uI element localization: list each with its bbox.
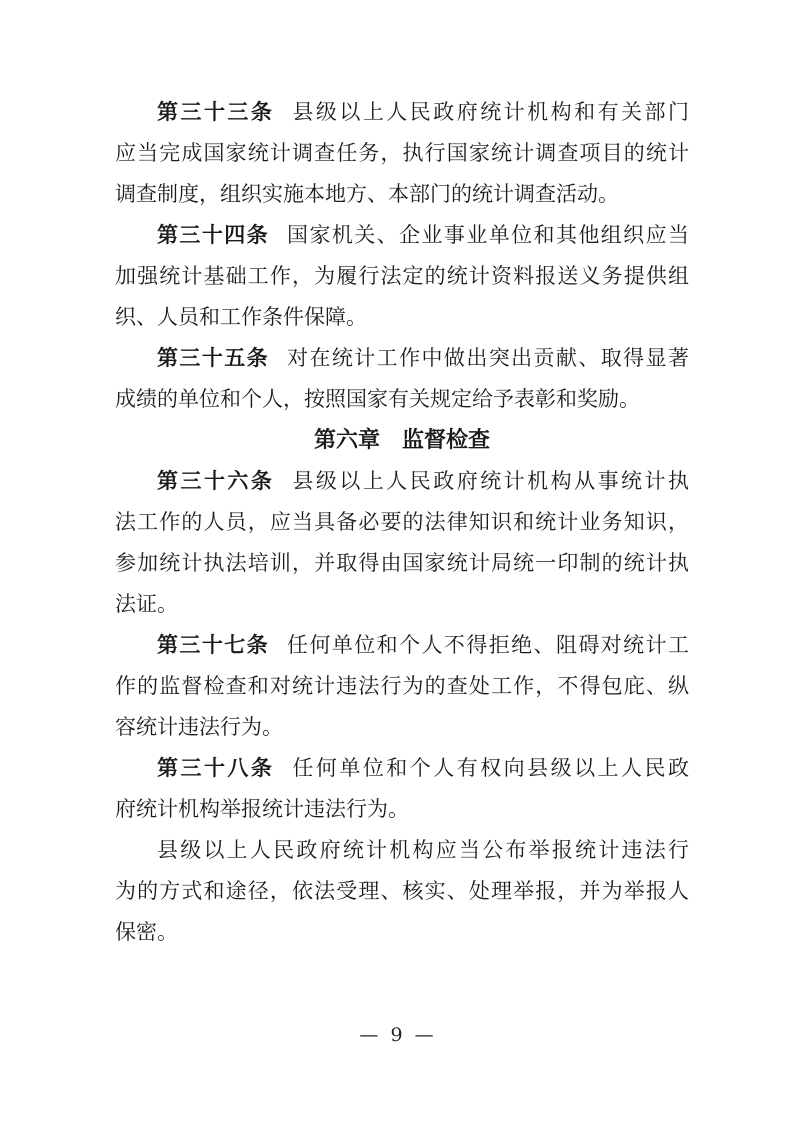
article-35-paragraph: 第三十五条对在统计工作中做出突出贡献、取得显著 成绩的单位和个人，按照国家有关规… xyxy=(115,338,689,420)
page-number: — 9 — xyxy=(0,1024,793,1046)
document-text-block: 第三十三条县级以上人民政府统计机构和有关部门 应当完成国家统计调查任务，执行国家… xyxy=(115,92,689,953)
text-line: 法工作的人员，应当具备必要的法律知识和统计业务知识， xyxy=(115,502,689,543)
text-line: 加强统计基础工作，为履行法定的统计资料报送义务提供组 xyxy=(115,256,689,297)
article-33-text: 县级以上人民政府统计机构和有关部门 xyxy=(292,100,689,124)
text-line: 第三十五条对在统计工作中做出突出贡献、取得显著 xyxy=(115,338,689,379)
text-line: 第三十六条县级以上人民政府统计机构从事统计执 xyxy=(115,461,689,502)
article-36-number: 第三十六条 xyxy=(157,469,274,493)
text-line: 为的方式和途径，依法受理、核实、处理举报，并为举报人 xyxy=(115,871,689,912)
chapter-heading: 第六章 监督检查 xyxy=(115,420,689,461)
text-line: 调查制度，组织实施本地方、本部门的统计调查活动。 xyxy=(115,174,689,215)
article-34-text: 国家机关、企业事业单位和其他组织应当 xyxy=(287,223,689,247)
text-line: 容统计违法行为。 xyxy=(115,707,689,748)
article-38-text: 任何单位和个人有权向县级以上人民政 xyxy=(292,756,689,780)
article-33-paragraph: 第三十三条县级以上人民政府统计机构和有关部门 应当完成国家统计调查任务，执行国家… xyxy=(115,92,689,215)
article-38-paragraph: 第三十八条任何单位和个人有权向县级以上人民政 府统计机构举报统计违法行为。 xyxy=(115,748,689,830)
reporting-channels-paragraph: 县级以上人民政府统计机构应当公布举报统计违法行 为的方式和途径，依法受理、核实、… xyxy=(115,830,689,953)
article-36-text: 县级以上人民政府统计机构从事统计执 xyxy=(292,469,689,493)
article-38-number: 第三十八条 xyxy=(157,756,274,780)
text-line: 作的监督检查和对统计违法行为的查处工作，不得包庇、纵 xyxy=(115,666,689,707)
text-line: 第三十七条任何单位和个人不得拒绝、阻碍对统计工 xyxy=(115,625,689,666)
text-line: 法证。 xyxy=(115,584,689,625)
article-33-number: 第三十三条 xyxy=(157,100,274,124)
article-35-number: 第三十五条 xyxy=(157,346,269,370)
article-37-number: 第三十七条 xyxy=(157,633,269,657)
text-line: 第三十八条任何单位和个人有权向县级以上人民政 xyxy=(115,748,689,789)
article-34-number: 第三十四条 xyxy=(157,223,269,247)
text-line: 府统计机构举报统计违法行为。 xyxy=(115,789,689,830)
text-line: 成绩的单位和个人，按照国家有关规定给予表彰和奖励。 xyxy=(115,379,689,420)
document-page: 第三十三条县级以上人民政府统计机构和有关部门 应当完成国家统计调查任务，执行国家… xyxy=(0,0,793,1122)
article-34-paragraph: 第三十四条国家机关、企业事业单位和其他组织应当 加强统计基础工作，为履行法定的统… xyxy=(115,215,689,338)
text-line: 第三十三条县级以上人民政府统计机构和有关部门 xyxy=(115,92,689,133)
text-line: 应当完成国家统计调查任务，执行国家统计调查项目的统计 xyxy=(115,133,689,174)
article-37-text: 任何单位和个人不得拒绝、阻碍对统计工 xyxy=(287,633,689,657)
text-line: 保密。 xyxy=(115,912,689,953)
text-line: 第三十四条国家机关、企业事业单位和其他组织应当 xyxy=(115,215,689,256)
article-35-text: 对在统计工作中做出突出贡献、取得显著 xyxy=(287,346,689,370)
article-36-paragraph: 第三十六条县级以上人民政府统计机构从事统计执 法工作的人员，应当具备必要的法律知… xyxy=(115,461,689,625)
text-line: 参加统计执法培训，并取得由国家统计局统一印制的统计执 xyxy=(115,543,689,584)
article-37-paragraph: 第三十七条任何单位和个人不得拒绝、阻碍对统计工 作的监督检查和对统计违法行为的查… xyxy=(115,625,689,748)
text-line: 织、人员和工作条件保障。 xyxy=(115,297,689,338)
text-line: 县级以上人民政府统计机构应当公布举报统计违法行 xyxy=(115,830,689,871)
